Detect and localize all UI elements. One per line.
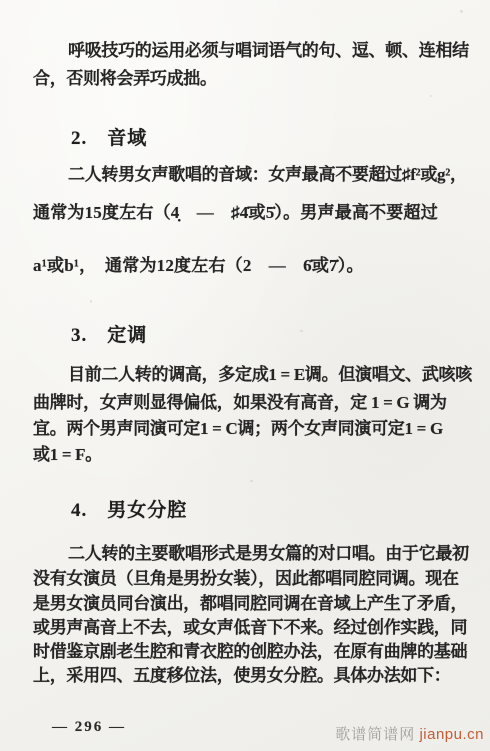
scan-speckle	[90, 300, 92, 303]
watermark-site-url: jianpu.cn	[419, 726, 484, 743]
voice-parts-line-6: 上，采用四、五度移位法，使男女分腔。具体办法如下：	[33, 661, 451, 686]
section-heading-voice-parts: 4. 男女分腔	[71, 495, 187, 522]
voice-parts-line-5: 时借鉴京剧老生腔和青衣腔的创腔办法，在原有曲牌的基础	[33, 637, 467, 662]
key-setting-line-2: 曲牌时，女声则显得偏低，如果没有高音，定 1 = G 调为	[33, 388, 447, 413]
voice-parts-line-1: 二人转的主要歌唱形式是男女篇的对口唱。由于它最初	[68, 539, 469, 564]
book-page: 呼吸技巧的运用必须与唱词语气的句、逗、顿、连相结 合，否则将会弄巧成拙。 2. …	[0, 0, 490, 751]
watermark-site-name: 歌谱简谱网	[335, 726, 415, 743]
vocal-range-line-1: 二人转男女声歌唱的音域：女声最高不要超过♯f²或g²，	[68, 160, 467, 185]
voice-parts-line-2: 没有女演员（旦角是男扮女装），因此都唱同腔同调。现在	[33, 564, 459, 589]
key-setting-line-4: 或1 = F。	[33, 440, 102, 465]
watermark: 歌谱简谱网 jianpu.cn	[335, 723, 484, 744]
section-heading-key-setting: 3. 定调	[71, 320, 147, 347]
voice-parts-line-3: 是男女演员同台演出，都唱同腔同调在音域上产生了矛盾，	[33, 589, 467, 614]
page-number: — 296 —	[52, 719, 126, 736]
scan-speckle	[300, 330, 303, 332]
scan-speckle	[250, 480, 253, 482]
scan-speckle	[430, 95, 432, 97]
key-setting-line-1: 目前二人转的调高，多定成1 = E调。但演唱文、武咳咳	[68, 360, 472, 385]
section-heading-vocal-range: 2. 音域	[71, 123, 147, 150]
key-setting-line-3: 宜。两个男声同演可定1 = C调；两个女声同演可定1 = G	[33, 414, 443, 439]
vocal-range-notation-female: 通常为15度左右（4̣ — ♯4̇或5̇）。男声最高不要超过	[33, 198, 438, 223]
scan-speckle	[460, 10, 463, 13]
intro-line-2: 合，否则将会弄巧成拙。	[33, 64, 217, 89]
intro-line-1: 呼吸技巧的运用必须与唱词语气的句、逗、顿、连相结	[68, 36, 469, 61]
vocal-range-notation-male: a¹或b¹， 通常为12度左右（2 — 6̇或7̇）。	[33, 251, 364, 276]
voice-parts-line-4: 或男声高音上不去，或女声低音下不来。经过创作实践，同	[33, 613, 467, 638]
